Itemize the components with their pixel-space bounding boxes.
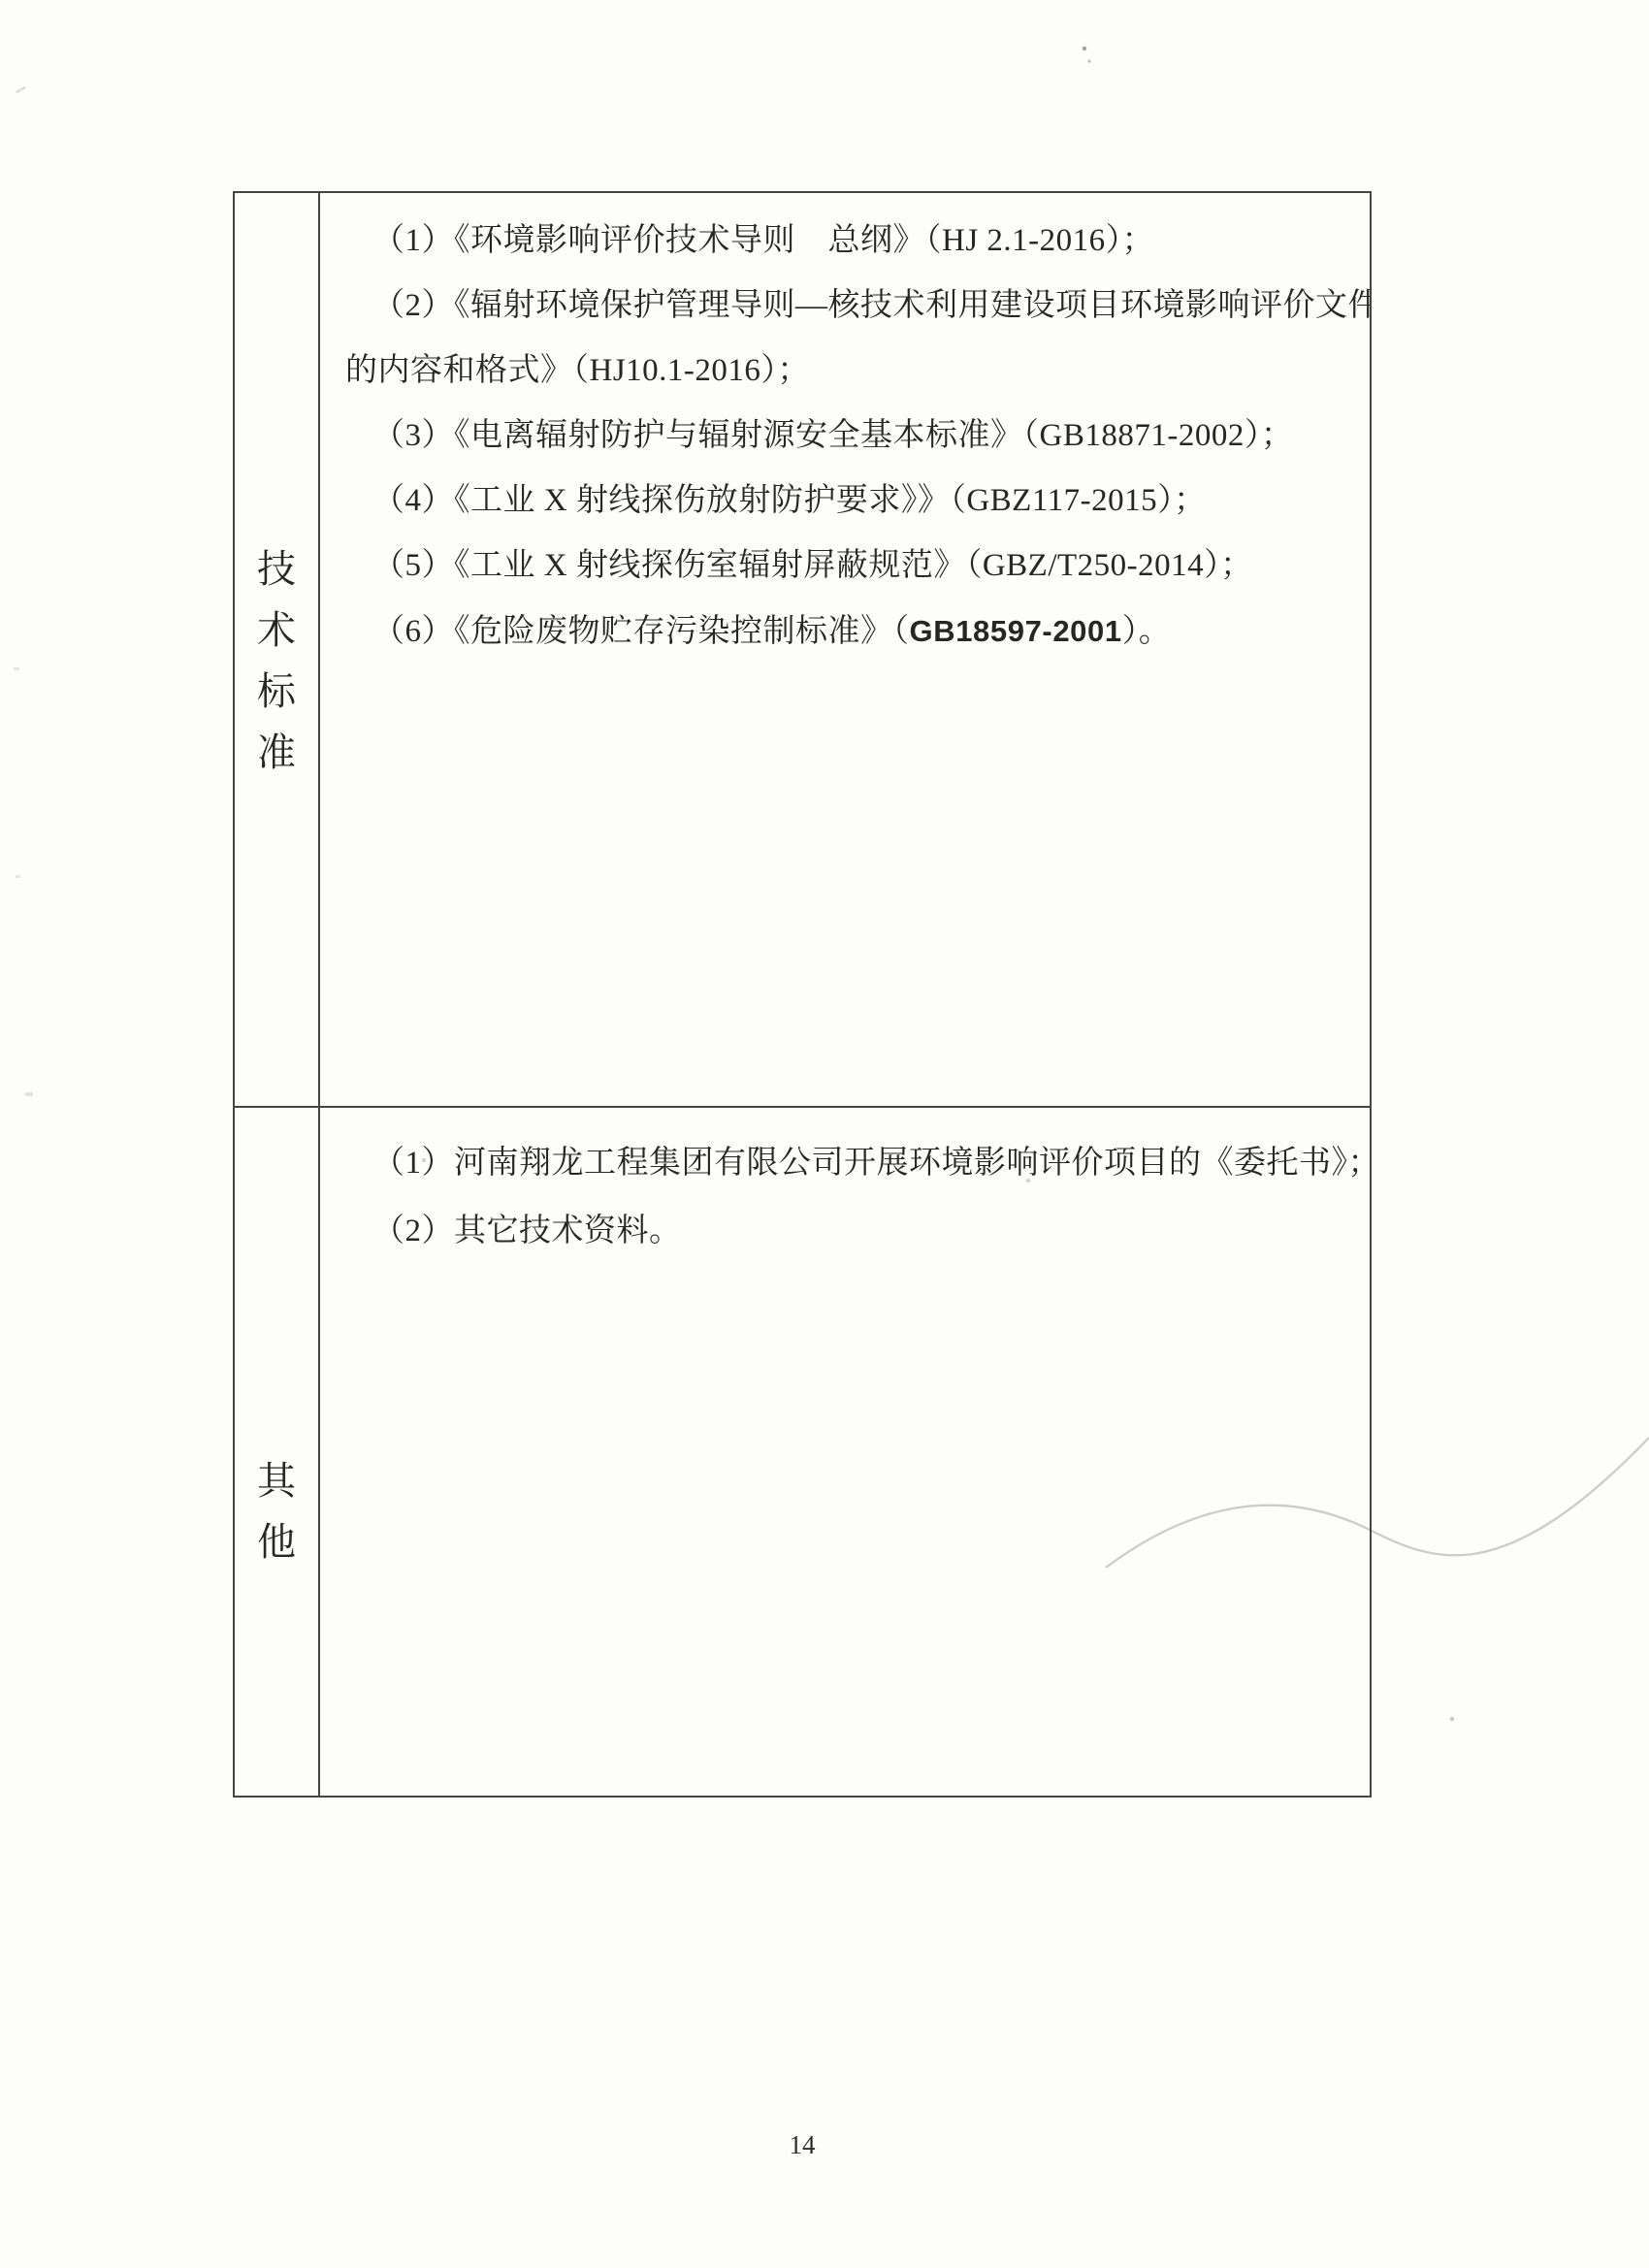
scan-speck [1450,1717,1454,1721]
scan-speck [14,667,19,670]
row-label-other: 其 他 [235,1108,320,1796]
standard-item-6: （6）《危险废物贮存污染控制标准》（GB18597-2001）。 [343,599,1362,664]
standard-item-5: （5）《工业 X 射线探伤室辐射屏蔽规范》（GBZ/T250-2014）； [343,534,1362,599]
label-char: 术 [257,611,296,650]
label-char: 准 [257,733,296,772]
vertical-label: 技 术 标 准 [257,550,296,772]
other-item-1: （1）河南翔龙工程集团有限公司开展环境影响评价项目的《委托书》； [343,1129,1362,1197]
vertical-label: 其 他 [257,1462,296,1562]
standard-item-6-text: （6）《危险废物贮存污染控制标准》（ [372,614,910,649]
scan-speck [25,1092,33,1096]
row-label-technical-standards: 技 术 标 准 [235,193,320,1106]
other-content: （1）河南翔龙工程集团有限公司开展环境影响评价项目的《委托书》； （2）其它技术… [320,1108,1370,1796]
standard-item-4: （4）《工业 X 射线探伤放射防护要求》》（GBZ117-2015）； [343,469,1362,534]
standard-item-2: （2）《辐射环境保护管理导则—核技术利用建设项目环境影响评价文件 [343,274,1362,339]
label-char: 其 [257,1462,296,1501]
scan-speck [1083,47,1086,50]
table-row-other: 其 他 （1）河南翔龙工程集团有限公司开展环境影响评价项目的《委托书》； （2）… [235,1108,1370,1796]
scan-speck [16,875,20,878]
label-char: 标 [257,672,296,711]
standard-item-2-continued: 的内容和格式》（HJ10.1-2016）； [343,339,1362,404]
label-char: 技 [257,550,296,589]
scan-speck [16,86,26,93]
scan-speck [1087,59,1090,62]
standard-item-3: （3）《电离辐射防护与辐射源安全基本标准》（GB18871-2002）； [343,404,1362,469]
standards-table: 技 术 标 准 （1）《环境影响评价技术导则 总纲》（HJ 2.1-2016）；… [233,191,1372,1798]
document-page: 技 术 标 准 （1）《环境影响评价技术导则 总纲》（HJ 2.1-2016）；… [0,0,1649,2268]
label-char: 他 [257,1523,296,1562]
other-item-2: （2）其它技术资料。 [343,1197,1362,1265]
page-number: 14 [233,2130,1372,2160]
technical-standards-content: （1）《环境影响评价技术导则 总纲》（HJ 2.1-2016）； （2）《辐射环… [320,193,1370,1106]
standard-code-gb18597: GB18597-2001 [910,614,1122,648]
standard-item-6-suffix: ）。 [1122,614,1172,649]
table-row-technical-standards: 技 术 标 准 （1）《环境影响评价技术导则 总纲》（HJ 2.1-2016）；… [235,193,1370,1108]
standard-item-1: （1）《环境影响评价技术导则 总纲》（HJ 2.1-2016）； [343,209,1362,274]
